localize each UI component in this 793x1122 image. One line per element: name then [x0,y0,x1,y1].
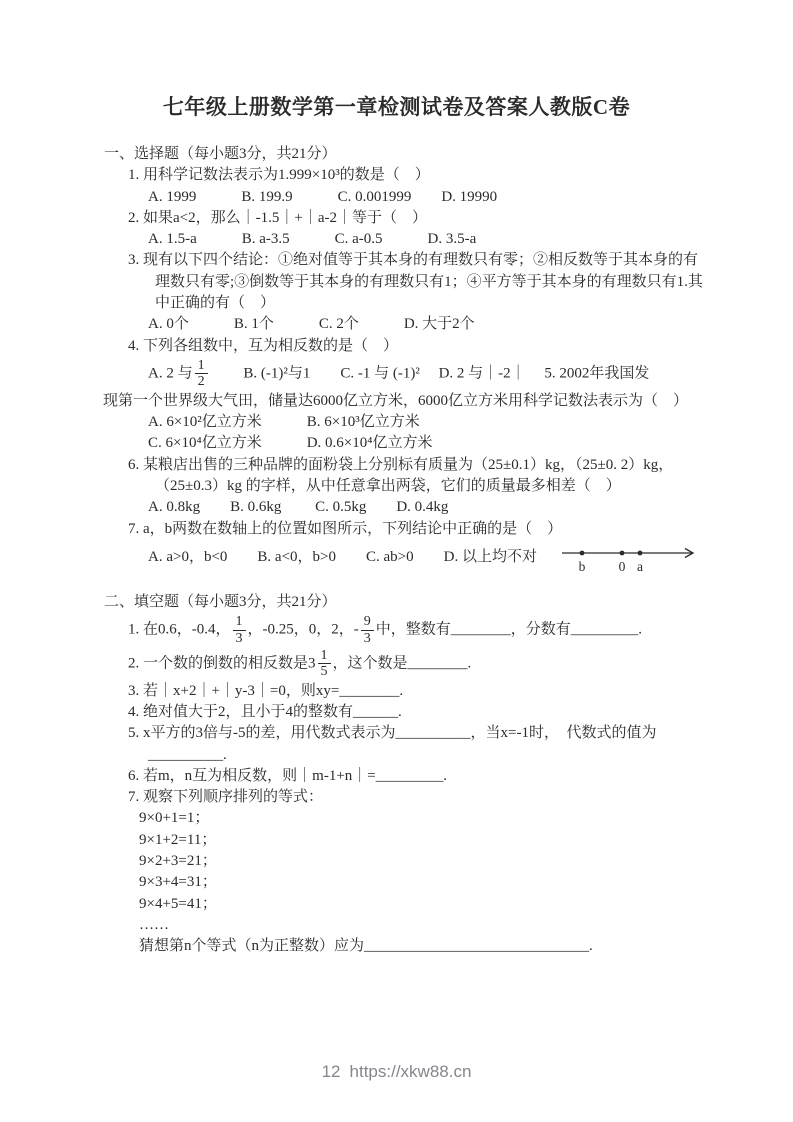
fraction-numerator: 1 [233,614,246,630]
fraction-denominator: 5 [318,664,331,679]
fraction-denominator: 3 [233,631,246,646]
s2-q7-eq4: 9×3+4=31； [0,872,793,893]
fraction-denominator: 2 [195,374,208,389]
number-line-label: a [637,559,643,574]
s2-q7-eq1: 9×0+1=1； [0,808,793,829]
s2-q1: 1. 在0.6，-0.4，13，-0.25，0，2，-93中，整数有______… [0,613,793,647]
s1-q3-line2: 理数只有零;③倒数等于其本身的有理数只有1；④平方等于其本身的有理数只有1.其 [0,272,793,293]
s1-q4: 4. 下列各组数中，互为相反数的是（ ） [0,336,793,357]
s1-q6-options: A. 0.8kg B. 0.6kg C. 0.5kg D. 0.4kg [0,497,793,518]
fraction: 93 [361,614,374,646]
s2-q3: 3. 若｜x+2｜+｜y-3｜=0，则xy=________. [0,681,793,702]
s2-q2: 2. 一个数的倒数的相反数是315，这个数是________. [0,647,793,681]
text-run: B. (-1)²与1 C. -1 与 (-1)² D. 2 与｜-2｜ 5. 2… [210,365,650,381]
page-title: 七年级上册数学第一章检测试卷及答案人教版C卷 [0,0,793,122]
fraction-numerator: 1 [195,358,208,374]
s1-q4-options: A. 2 与12 B. (-1)²与1 C. -1 与 (-1)² D. 2 与… [0,357,793,391]
text-run: 中，整数有________，分数有_________. [376,621,642,637]
fraction: 12 [195,358,208,390]
s1-q3-options: A. 0个 B. 1个 C. 2个 D. 大于2个 [0,314,793,335]
s2-q7-ellipsis: …… [0,915,793,936]
s1-q2: 2. 如果a<2，那么｜-1.5｜+｜a-2｜等于（ ） [0,208,793,229]
text-run: 2. 一个数的倒数的相反数是3 [128,655,316,671]
number-line-point [580,550,585,555]
text-run: ，这个数是________. [333,655,472,671]
s1-q3-line3: 中正确的有（ ） [0,293,793,314]
s2-q6: 6. 若m，n互为相反数，则｜m-1+n｜=_________. [0,766,793,787]
number-line-point [638,550,643,555]
s1-q7-options: A. a>0，b<0 B. a<0，b>0 C. ab>0 D. 以上均不对b0… [0,540,793,576]
s1-q3-line1: 3. 现有以下四个结论：①绝对值等于其本身的有理数只有零；②相反数等于其本身的有 [0,250,793,271]
text-run: A. 2 与 [148,365,193,381]
section-choice-heading: 一、选择题（每小题3分，共21分） [0,144,793,165]
fraction-denominator: 3 [361,631,374,646]
document-page: 七年级上册数学第一章检测试卷及答案人教版C卷 一、选择题（每小题3分，共21分）… [0,0,793,1122]
s2-q5: 5. x平方的3倍与-5的差，用代数式表示为__________，当x=-1时，… [0,723,793,744]
page-footer: 12https://xkw88.cn [0,1062,793,1082]
footer-page-number: 12 [322,1062,341,1081]
s1-q1-options: A. 1999 B. 199.9 C. 0.001999 D. 19990 [0,187,793,208]
s2-q7-guess: 猜想第n个等式（n为正整数）应为________________________… [0,936,793,957]
number-line-figure: b0a [560,540,700,576]
s1-q6-line1: 6. 某粮店出售的三种品牌的面粉袋上分别标有质量为（25±0.1）kg，（25±… [0,455,793,476]
fraction: 15 [318,648,331,680]
s1-q2-options: A. 1.5-a B. a-3.5 C. a-0.5 D. 3.5-a [0,229,793,250]
s2-q7-eq5: 9×4+5=41； [0,894,793,915]
text-run: 1. 在0.6，-0.4， [128,621,231,637]
fraction: 13 [233,614,246,646]
s2-q7: 7. 观察下列顺序排列的等式： [0,787,793,808]
s2-q5-continuation: __________. [0,745,793,766]
s2-q4: 4. 绝对值大于2，且小于4的整数有______. [0,702,793,723]
s1-q7: 7. a，b两数在数轴上的位置如图所示，下列结论中正确的是（ ） [0,519,793,540]
s2-q7-eq2: 9×1+2=11； [0,830,793,851]
number-line-label: 0 [619,559,626,574]
fraction-numerator: 1 [318,648,331,664]
number-line-label: b [579,559,586,574]
fraction-numerator: 9 [361,614,374,630]
footer-url[interactable]: https://xkw88.cn [350,1062,472,1081]
text-run: ，-0.25，0，2，- [248,621,359,637]
s1-q6-line2: （25±0.3）kg 的字样，从中任意拿出两袋，它们的质量最多相差（ ） [0,476,793,497]
s1-q5-options-cd: C. 6×10⁴亿立方米 D. 0.6×10⁴亿立方米 [0,433,793,454]
s1-q5-options-ab: A. 6×10²亿立方米 B. 6×10³亿立方米 [0,412,793,433]
s1-q1: 1. 用科学记数法表示为1.999×10³的数是（ ） [0,165,793,186]
text-run: A. a>0，b<0 B. a<0，b>0 C. ab>0 D. 以上均不对 [148,547,537,568]
number-line-point [620,550,625,555]
document-body: 一、选择题（每小题3分，共21分）1. 用科学记数法表示为1.999×10³的数… [0,144,793,958]
s1-q5-continuation: 现第一个世界级大气田，储量达6000亿立方米，6000亿立方米用科学记数法表示为… [0,391,793,412]
s2-q7-eq3: 9×2+3=21； [0,851,793,872]
section-fill-heading: 二、填空题（每小题3分，共21分） [0,592,793,613]
